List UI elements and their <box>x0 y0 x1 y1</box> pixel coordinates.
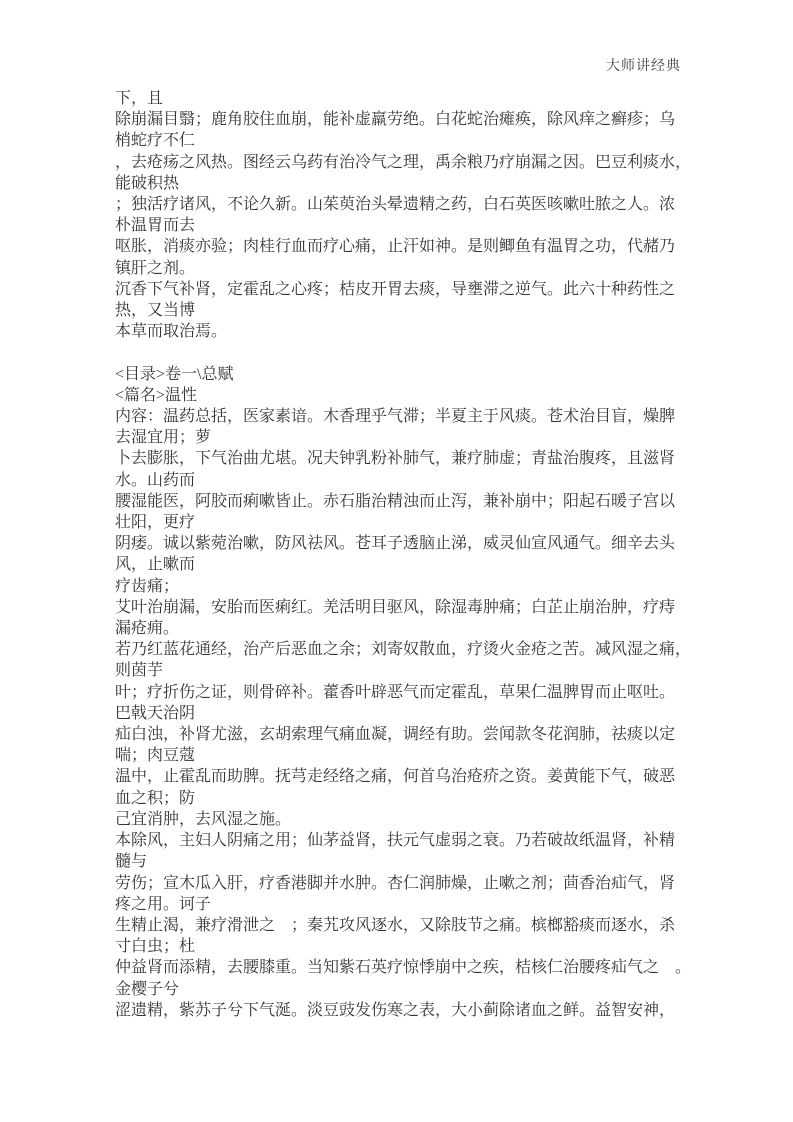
text-line: 下，且 <box>115 88 697 109</box>
text-line: 镇肝之剂。 <box>115 258 697 279</box>
text-line: 除崩漏目翳；鹿角胶住血崩，能补虚羸劳绝。白花蛇治瘫痪，除风痒之癣疹；乌 <box>115 109 697 130</box>
text-line: 水。山药而 <box>115 470 697 491</box>
text-line: 金樱子兮 <box>115 979 697 1000</box>
text-line: 疝白浊，补肾尤滋，玄胡索理气痛血凝，调经有助。尝闻款冬花润肺，祛痰以定 <box>115 724 697 745</box>
text-line: 艾叶治崩漏，安胎而医痢红。羌活明目驱风，除湿毒肿痛；白芷止崩治肿，疗痔 <box>115 597 697 618</box>
text-line: 喘；肉豆蔻 <box>115 745 697 766</box>
text-line: 去湿宜用；萝 <box>115 427 697 448</box>
text-line: 温中，止霍乱而助脾。抚芎走经络之痛，何首乌治疮疥之资。姜黄能下气，破恶 <box>115 766 697 787</box>
header-title: 大师讲经典 <box>606 55 681 75</box>
text-line: 仲益肾而添精，去腰膝重。当知紫石英疗惊悸崩中之疾，桔核仁治腰疼疝气之 。 <box>115 957 697 978</box>
text-line: 髓与 <box>115 851 697 872</box>
text-line: 本草而取治焉。 <box>115 321 697 342</box>
text-line: 巴戟天治阴 <box>115 703 697 724</box>
text-line: 风，止嗽而 <box>115 554 697 575</box>
text-line: 卜去膨胀，下气治曲尤堪。况夫钟乳粉补肺气，兼疗肺虚；青盐治腹疼，且滋肾 <box>115 448 697 469</box>
text-line: 己宜消肿，去风湿之施。 <box>115 809 697 830</box>
text-line: 呕胀，消痰亦验；肉桂行血而疗心痛，止汗如神。是则鲫鱼有温胃之功，代赭乃 <box>115 236 697 257</box>
text-line: <目录>卷一\总赋 <box>115 364 697 385</box>
text-line: 梢蛇疗不仁 <box>115 130 697 151</box>
text-line: 寸白虫；杜 <box>115 936 697 957</box>
text-line: 内容：温药总括，医家素谙。木香理乎气滞；半夏主于风痰。苍术治目盲，燥脾 <box>115 406 697 427</box>
document-body: 下，且除崩漏目翳；鹿角胶住血崩，能补虚羸劳绝。白花蛇治瘫痪，除风痒之癣疹；乌梢蛇… <box>115 88 697 1021</box>
text-line: 叶；疗折伤之证，则骨碎补。藿香叶辟恶气而定霍乱，草果仁温脾胃而止呕吐。 <box>115 682 697 703</box>
text-line: ；独活疗诸风，不论久新。山茱萸治头晕遗精之药，白石英医咳嗽吐脓之人。浓 <box>115 194 697 215</box>
text-line: 生精止渴，兼疗滑泄之 ；秦艽攻风逐水，又除肢节之痛。槟榔豁痰而逐水，杀 <box>115 915 697 936</box>
text-line: 血之积；防 <box>115 788 697 809</box>
text-line: 若乃红蓝花通经，治产后恶血之余；刘寄奴散血，疗烫火金疮之苦。减风湿之痛， <box>115 639 697 660</box>
document-page: 大师讲经典 下，且除崩漏目翳；鹿角胶住血崩，能补虚羸劳绝。白花蛇治瘫痪，除风痒之… <box>0 0 793 1122</box>
text-line: ，去疮疡之风热。图经云乌药有治冷气之理，禹余粮乃疗崩漏之因。巴豆利痰水， <box>115 152 697 173</box>
text-line: 沉香下气补肾，定霍乱之心疼；桔皮开胃去痰，导壅滞之逆气。此六十种药性之 <box>115 279 697 300</box>
text-line: 漏疮痈。 <box>115 618 697 639</box>
text-line: 疼之用。诃子 <box>115 894 697 915</box>
text-line: 朴温胃而去 <box>115 215 697 236</box>
text-line: 劳伤；宣木瓜入肝，疗香港脚并水肿。杏仁润肺燥，止嗽之剂；茴香治疝气，肾 <box>115 873 697 894</box>
text-line: 腰湿能医，阿胶而痢嗽皆止。赤石脂治精浊而止泻，兼补崩中；阳起石暖子宫以 <box>115 491 697 512</box>
text-line: <篇名>温性 <box>115 385 697 406</box>
text-line: 热，又当博 <box>115 300 697 321</box>
text-line: 能破积热 <box>115 173 697 194</box>
text-line: 壮阳，更疗 <box>115 512 697 533</box>
text-line: 本除风，主妇人阴痛之用；仙茅益肾，扶元气虚弱之衰。乃若破故纸温肾，补精 <box>115 830 697 851</box>
text-line: 疗齿痛； <box>115 576 697 597</box>
text-line: 则茵芋 <box>115 660 697 681</box>
text-line: 阴痿。诚以紫菀治嗽，防风祛风。苍耳子透脑止涕，威灵仙宣风通气。细辛去头 <box>115 533 697 554</box>
text-line: 涩遗精，紫苏子兮下气涎。淡豆豉发伤寒之表，大小蓟除诸血之鲜。益智安神， <box>115 1000 697 1021</box>
blank-line <box>115 342 697 363</box>
